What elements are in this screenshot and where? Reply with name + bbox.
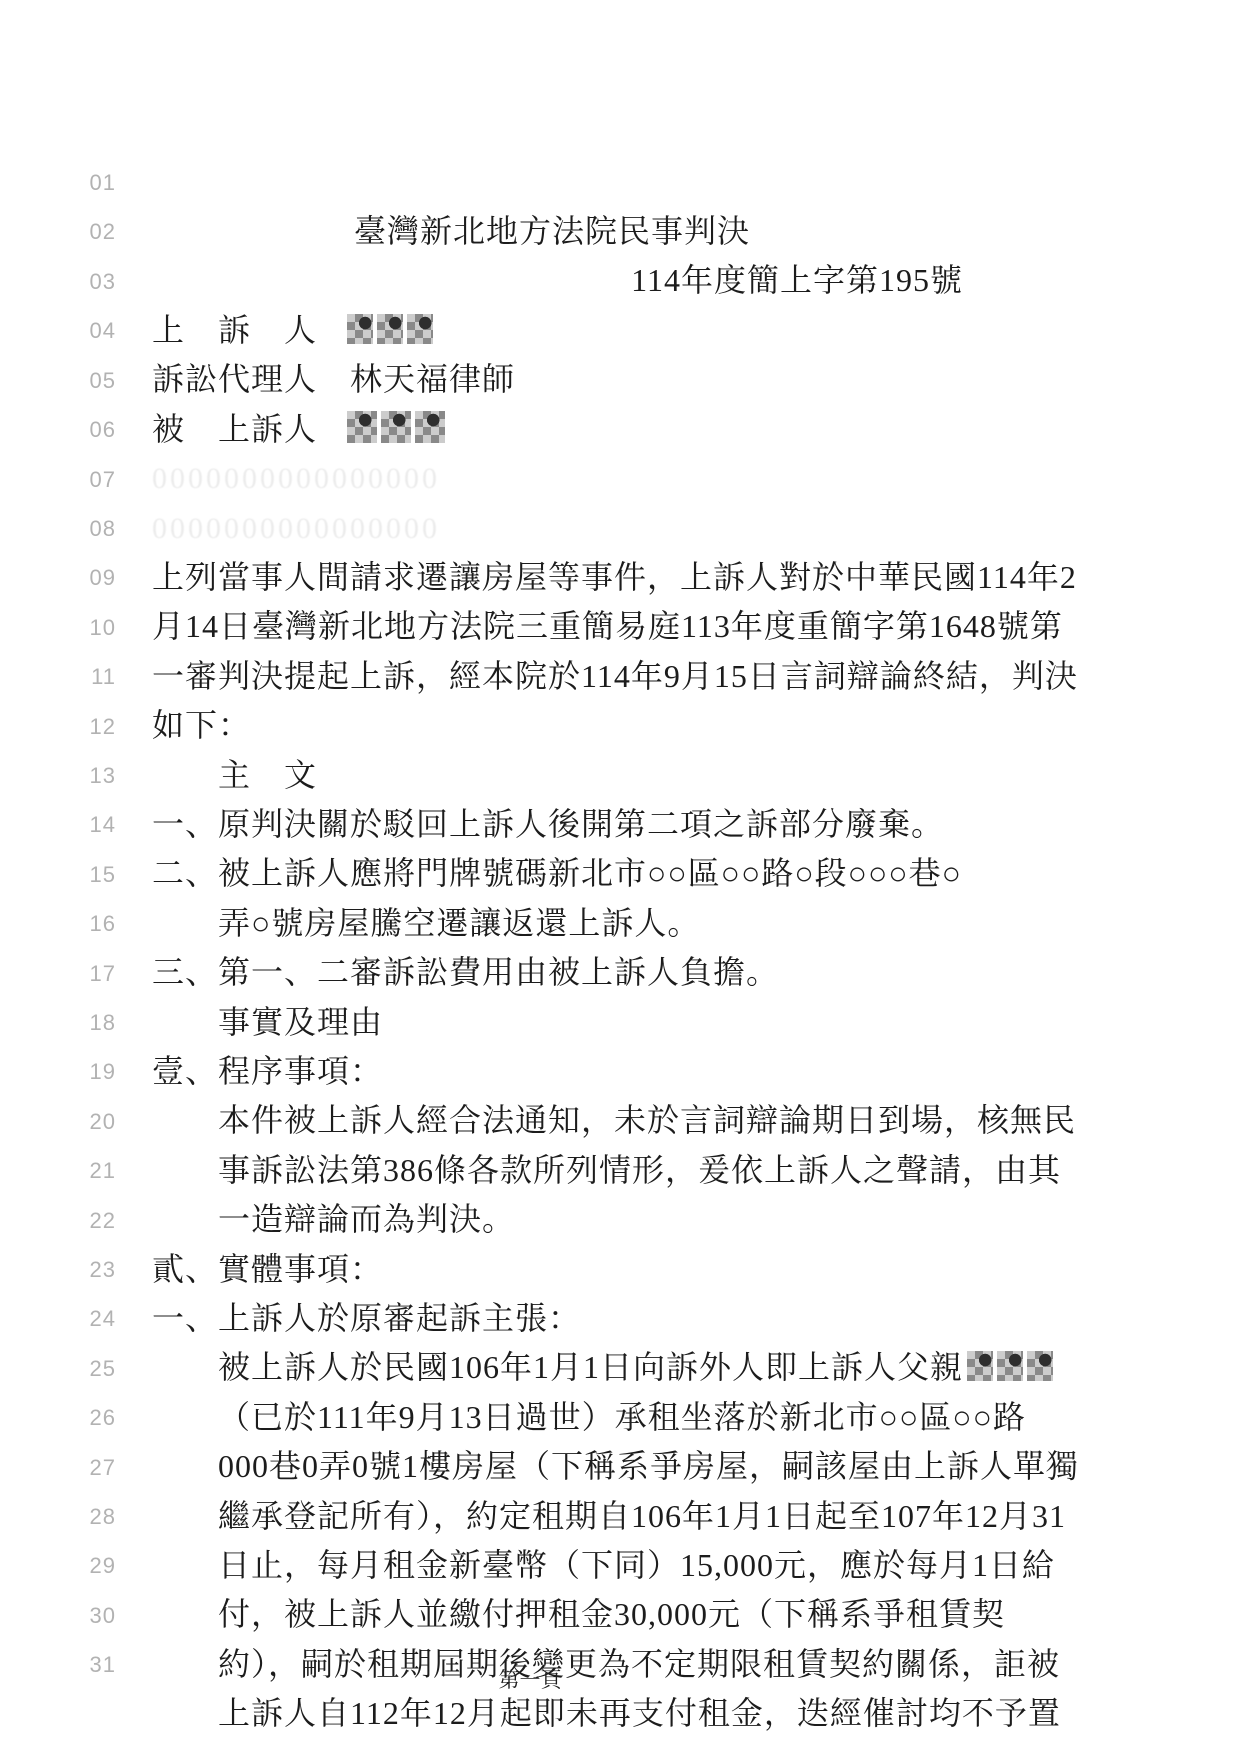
judgment-page: 01 臺灣新北地方法院民事判決 02 114年度簡上字第195號 03 上 訴 … — [0, 0, 1240, 1755]
body-line: 18 壹、程序事項： — [0, 949, 1240, 998]
section-heading-line: 17 事實及理由 — [0, 900, 1240, 949]
body-line: 22 貳、實體事項： — [0, 1147, 1240, 1196]
body-line: 29 付，被上訴人並繳付押租金30,000元（下稱系爭租賃契 — [0, 1492, 1240, 1541]
body-line: 10 一審判決提起上訴，經本院於114年9月15日言詞辯論終結，判決 — [0, 554, 1240, 603]
masked-address-line: 07 0000000000000000 — [0, 406, 1240, 455]
body-line: 21 一造辯論而為判決。 — [0, 1097, 1240, 1146]
page-footer: 第一頁 — [152, 1660, 908, 1700]
body-line: 11 如下： — [0, 603, 1240, 652]
line-number: 31 — [70, 1640, 116, 1689]
body-line: 27 繼承登記所有），約定租期自106年1月1日起至107年12月31 — [0, 1394, 1240, 1443]
party-line-appellant: 03 上 訴 人 — [0, 208, 1240, 257]
body-line: 13 一、原判決關於駁回上訴人後開第二項之訴部分廢棄。 — [0, 702, 1240, 751]
body-line: 14 二、被上訴人應將門牌號碼新北市○○區○○路○段○○○巷○ — [0, 751, 1240, 800]
party-line-appellee: 05 被 上訴人 — [0, 307, 1240, 356]
body-line: 24 被上訴人於民國106年1月1日向訴外人即上訴人父親 — [0, 1245, 1240, 1294]
title-line: 01 臺灣新北地方法院民事判決 — [0, 109, 1240, 158]
body-line: 31 上訴人自112年12月起即未再支付租金，迭經催討均不予置 — [0, 1591, 1240, 1640]
masked-address-line: 06 0000000000000000 — [0, 356, 1240, 405]
body-line: 20 事訴訟法第386條各款所列情形，爰依上訴人之聲請，由其 — [0, 1048, 1240, 1097]
body-line: 23 一、上訴人於原審起訴主張： — [0, 1196, 1240, 1245]
case-number-line: 02 114年度簡上字第195號 — [0, 158, 1240, 207]
body-line: 25 （已於111年9月13日過世）承租坐落於新北市○○區○○路 — [0, 1295, 1240, 1344]
body-line: 26 000巷0弄0號1樓房屋（下稱系爭房屋，嗣該屋由上訴人單獨 — [0, 1344, 1240, 1393]
body-line: 30 約），嗣於租期屆期後變更為不定期限租賃契約關係，詎被 — [0, 1542, 1240, 1591]
body-line: 16 三、第一、二審訴訟費用由被上訴人負擔。 — [0, 850, 1240, 899]
body-line: 15 弄○號房屋騰空遷讓返還上訴人。 — [0, 801, 1240, 850]
section-heading-line: 12 主 文 — [0, 653, 1240, 702]
body-line: 19 本件被上訴人經合法通知，未於言詞辯論期日到場，核無民 — [0, 998, 1240, 1047]
party-line-attorney: 04 訴訟代理人 林天福律師 — [0, 257, 1240, 306]
body-line: 09 月14日臺灣新北地方法院三重簡易庭113年度重簡字第1648號第 — [0, 504, 1240, 553]
body-line: 28 日止，每月租金新臺幣（下同）15,000元，應於每月1日給 — [0, 1443, 1240, 1492]
body-line: 08 上列當事人間請求遷讓房屋等事件，上訴人對於中華民國114年2 — [0, 455, 1240, 504]
